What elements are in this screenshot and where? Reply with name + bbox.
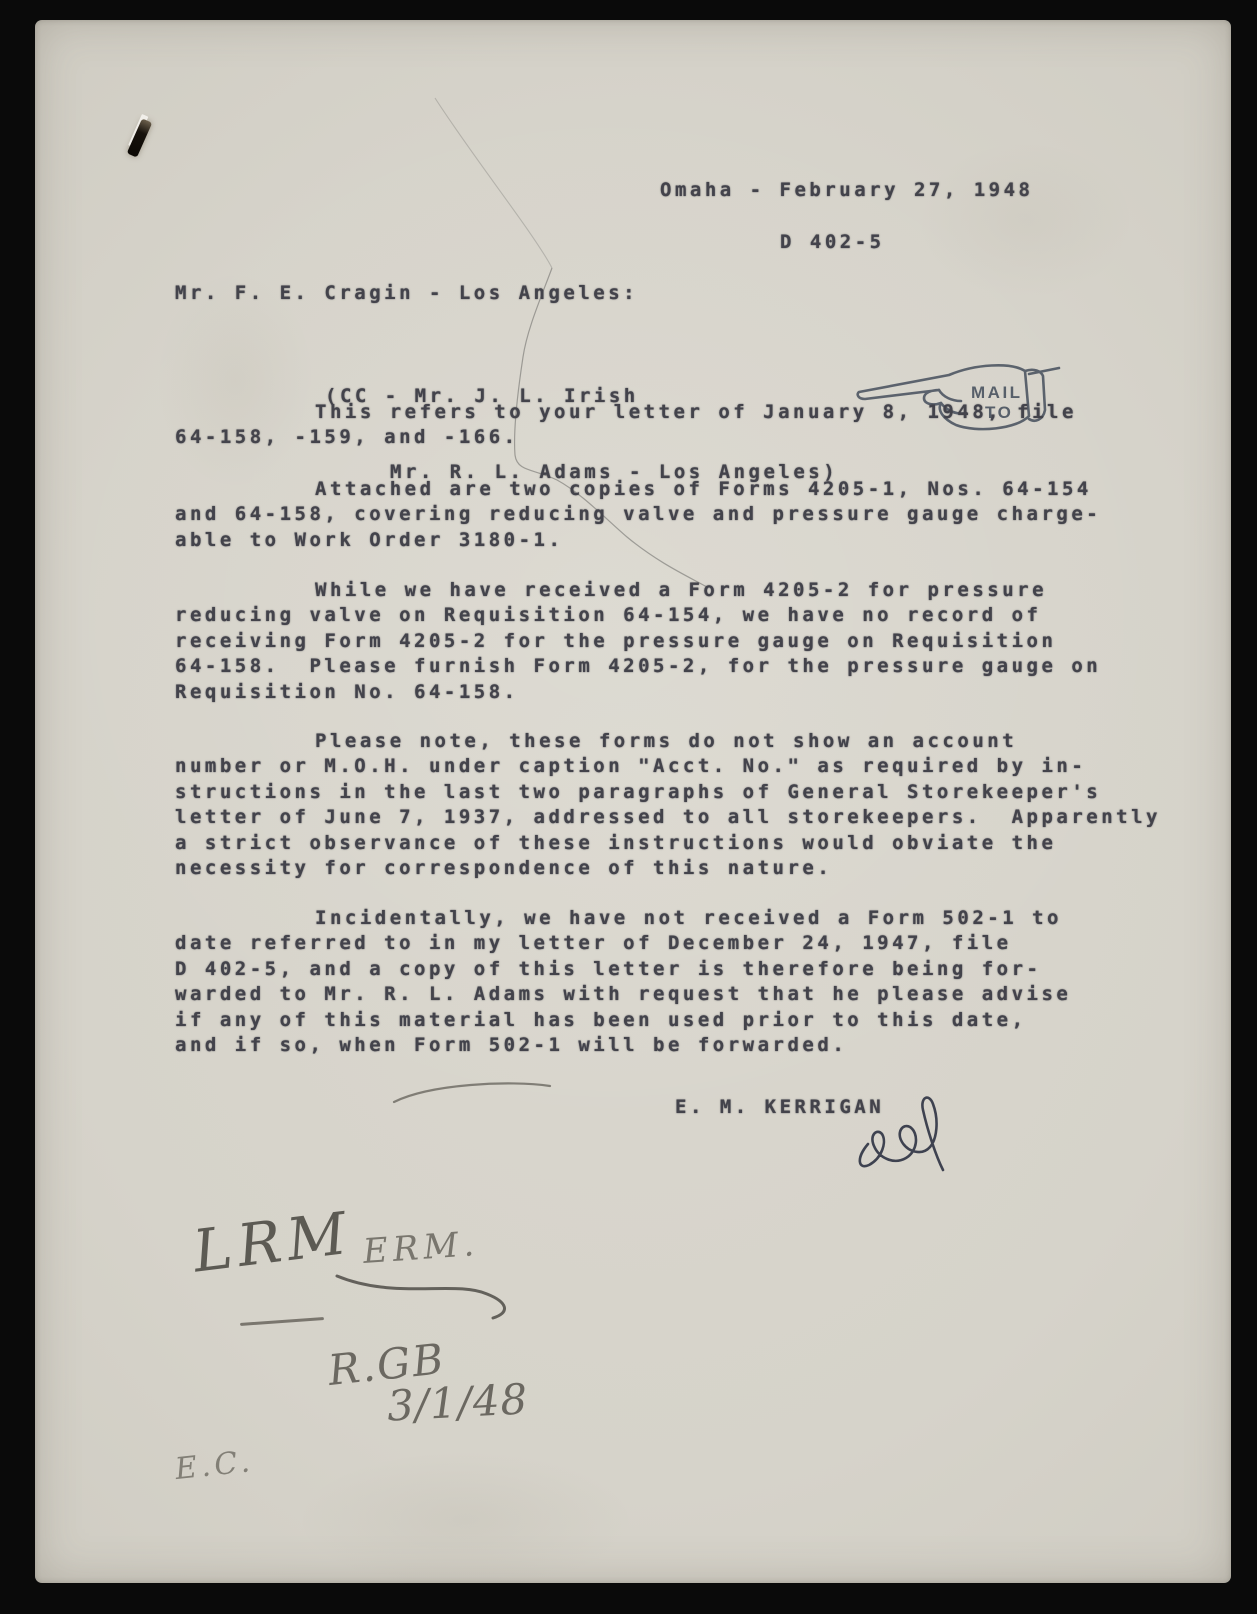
pen-signature xyxy=(850,1092,970,1177)
typed-line: Please note, these forms do not show an … xyxy=(175,729,1161,754)
typed-line: 64-158, -159, and -166. xyxy=(175,425,1077,450)
annotation-flourish xyxy=(335,1268,535,1328)
typed-line: warded to Mr. R. L. Adams with request t… xyxy=(175,982,1071,1007)
typed-line: D 402-5, and a copy of this letter is th… xyxy=(175,957,1071,982)
scan-background: Omaha - February 27, 1948 D 402-5 Mr. F.… xyxy=(0,0,1257,1614)
typed-line: receiving Form 4205-2 for the pressure g… xyxy=(175,629,1101,654)
typed-line: number or M.O.H. under caption "Acct. No… xyxy=(175,754,1161,779)
typed-line: necessity for correspondence of this nat… xyxy=(175,856,1161,881)
typed-line: Incidentally, we have not received a For… xyxy=(175,906,1071,931)
typed-line: letter of June 7, 1937, addressed to all… xyxy=(175,805,1161,830)
typed-line: While we have received a Form 4205-2 for… xyxy=(175,578,1101,603)
typed-line: structions in the last two paragraphs of… xyxy=(175,780,1161,805)
typed-line: able to Work Order 3180-1. xyxy=(175,528,1101,553)
annotation-review-date: 3/1/48 xyxy=(386,1374,530,1430)
typed-line: if any of this material has been used pr… xyxy=(175,1008,1071,1033)
addressee-line: Mr. F. E. Cragin - Los Angeles: xyxy=(175,281,638,306)
typed-line: Attached are two copies of Forms 4205-1,… xyxy=(175,477,1101,502)
typed-line: reducing valve on Requisition 64-154, we… xyxy=(175,603,1101,628)
date-line: Omaha - February 27, 1948 xyxy=(660,178,1033,203)
paragraph-2: Attached are two copies of Forms 4205-1,… xyxy=(175,477,1101,553)
paragraph-5: Incidentally, we have not received a For… xyxy=(175,906,1071,1058)
paragraph-1: This refers to your letter of January 8,… xyxy=(175,400,1077,451)
typed-line: and 64-158, covering reducing valve and … xyxy=(175,502,1101,527)
letter-paper: Omaha - February 27, 1948 D 402-5 Mr. F.… xyxy=(35,20,1231,1583)
typed-line: and if so, when Form 502-1 will be forwa… xyxy=(175,1033,1071,1058)
annotation-initials-small: ERM. xyxy=(362,1224,481,1272)
typed-line: Requisition No. 64-158. xyxy=(175,680,1101,705)
typed-line: date referred to in my letter of Decembe… xyxy=(175,931,1071,956)
pencil-underline xyxy=(390,1072,555,1108)
paragraph-3: While we have received a Form 4205-2 for… xyxy=(175,578,1101,705)
typed-line: This refers to your letter of January 8,… xyxy=(175,400,1077,425)
paragraph-4: Please note, these forms do not show an … xyxy=(175,729,1161,881)
typed-line: 64-158. Please furnish Form 4205-2, for … xyxy=(175,654,1101,679)
file-number: D 402-5 xyxy=(780,230,885,255)
typed-line: a strict observance of these instruction… xyxy=(175,831,1161,856)
